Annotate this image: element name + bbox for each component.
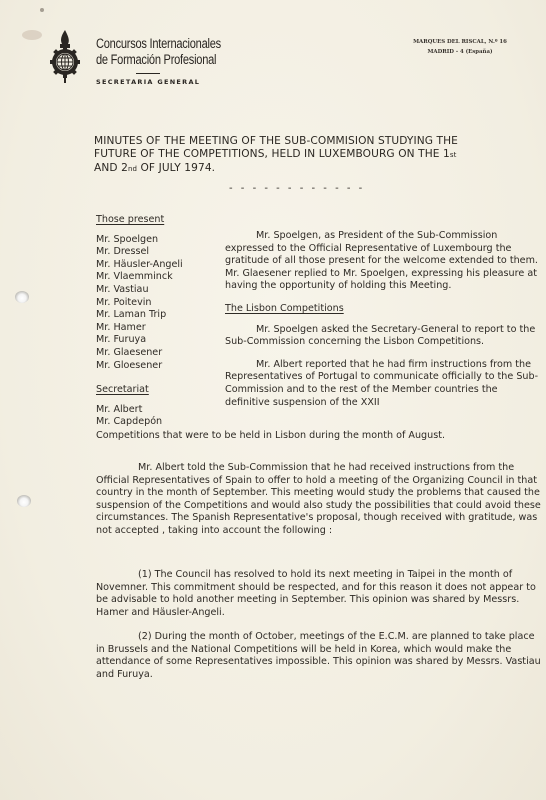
paper-stain bbox=[40, 8, 44, 12]
title-line2: FUTURE OF THE COMPETITIONS, HELD IN LUXE… bbox=[94, 148, 534, 162]
letterhead-rule bbox=[136, 73, 160, 74]
org-name-line2: de Formación Profesional bbox=[96, 52, 221, 68]
letterhead-address: MARQUES DEL RISCAL, N.º 16 MADRID - 4 (E… bbox=[405, 37, 515, 57]
attendance-column: Those present Mr. SpoelgenMr. DresselMr.… bbox=[96, 214, 226, 429]
paper-stain bbox=[22, 30, 42, 40]
intro-paragraph: Mr. Spoelgen, as President of the Sub-Co… bbox=[225, 230, 541, 293]
address-line2: MADRID - 4 (España) bbox=[405, 47, 515, 57]
lisbon-section-heading: The Lisbon Competitions bbox=[225, 303, 541, 316]
punch-hole bbox=[15, 291, 29, 303]
address-line1: MARQUES DEL RISCAL, N.º 16 bbox=[405, 37, 515, 47]
those-present-heading: Those present bbox=[96, 214, 226, 227]
title-separator: - - - - - - - - - - - - bbox=[229, 183, 365, 194]
attendee-name: Mr. Capdepón bbox=[96, 416, 226, 429]
attendee-name: Mr. Laman Trip bbox=[96, 309, 226, 322]
paragraph-albert-report-continued: Competitions that were to be held in Lis… bbox=[96, 430, 542, 443]
attendee-name: Mr. Glaesener bbox=[96, 347, 226, 360]
attendee-list: Mr. SpoelgenMr. DresselMr. Häusler-Angel… bbox=[96, 234, 226, 373]
attendee-name: Mr. Spoelgen bbox=[96, 234, 226, 247]
department-name: SECRETARIA GENERAL bbox=[96, 78, 248, 86]
title-line1: MINUTES OF THE MEETING OF THE SUB-COMMIS… bbox=[94, 135, 534, 148]
paragraph-item-2: (2) During the month of October, meeting… bbox=[96, 631, 542, 681]
attendee-name: Mr. Häusler-Angeli bbox=[96, 259, 226, 272]
document-page: Concursos Internacionales de Formación P… bbox=[0, 0, 546, 800]
secretariat-list: Mr. AlbertMr. Capdepón bbox=[96, 404, 226, 429]
attendee-name: Mr. Dressel bbox=[96, 246, 226, 259]
attendee-name: Mr. Hamer bbox=[96, 322, 226, 335]
title-line3-text: AND 2 bbox=[94, 162, 128, 174]
title-line3-end: OF JULY 1974. bbox=[137, 162, 215, 174]
attendee-name: Mr. Albert bbox=[96, 404, 226, 417]
globe-gear-torch-icon bbox=[49, 28, 81, 84]
paragraph-item-1: (1) The Council has resolved to hold its… bbox=[96, 569, 542, 619]
attendee-name: Mr. Vlaemminck bbox=[96, 271, 226, 284]
organization-name: Concursos Internacionales de Formación P… bbox=[96, 36, 248, 86]
org-name-line1: Concursos Internacionales bbox=[96, 36, 221, 52]
punch-hole bbox=[17, 495, 31, 507]
title-ordinal: nd bbox=[128, 165, 137, 173]
attendee-name: Mr. Vastiau bbox=[96, 284, 226, 297]
secretariat-heading: Secretariat bbox=[96, 384, 226, 397]
title-ordinal: st bbox=[450, 151, 457, 159]
minutes-right-column: Mr. Spoelgen, as President of the Sub-Co… bbox=[225, 230, 541, 409]
attendee-name: Mr. Gloesener bbox=[96, 360, 226, 373]
title-line2-text: FUTURE OF THE COMPETITIONS, HELD IN LUXE… bbox=[94, 148, 450, 160]
document-title: MINUTES OF THE MEETING OF THE SUB-COMMIS… bbox=[94, 135, 534, 176]
attendee-name: Mr. Furuya bbox=[96, 334, 226, 347]
attendee-name: Mr. Poitevin bbox=[96, 297, 226, 310]
paragraph-albert-report: Mr. Albert reported that he had firm ins… bbox=[225, 359, 541, 409]
paragraph-secretary-report-request: Mr. Spoelgen asked the Secretary-General… bbox=[225, 324, 541, 349]
paragraph-spain-offer: Mr. Albert told the Sub-Commission that … bbox=[96, 462, 542, 538]
title-line3: AND 2nd OF JULY 1974. bbox=[94, 162, 534, 176]
